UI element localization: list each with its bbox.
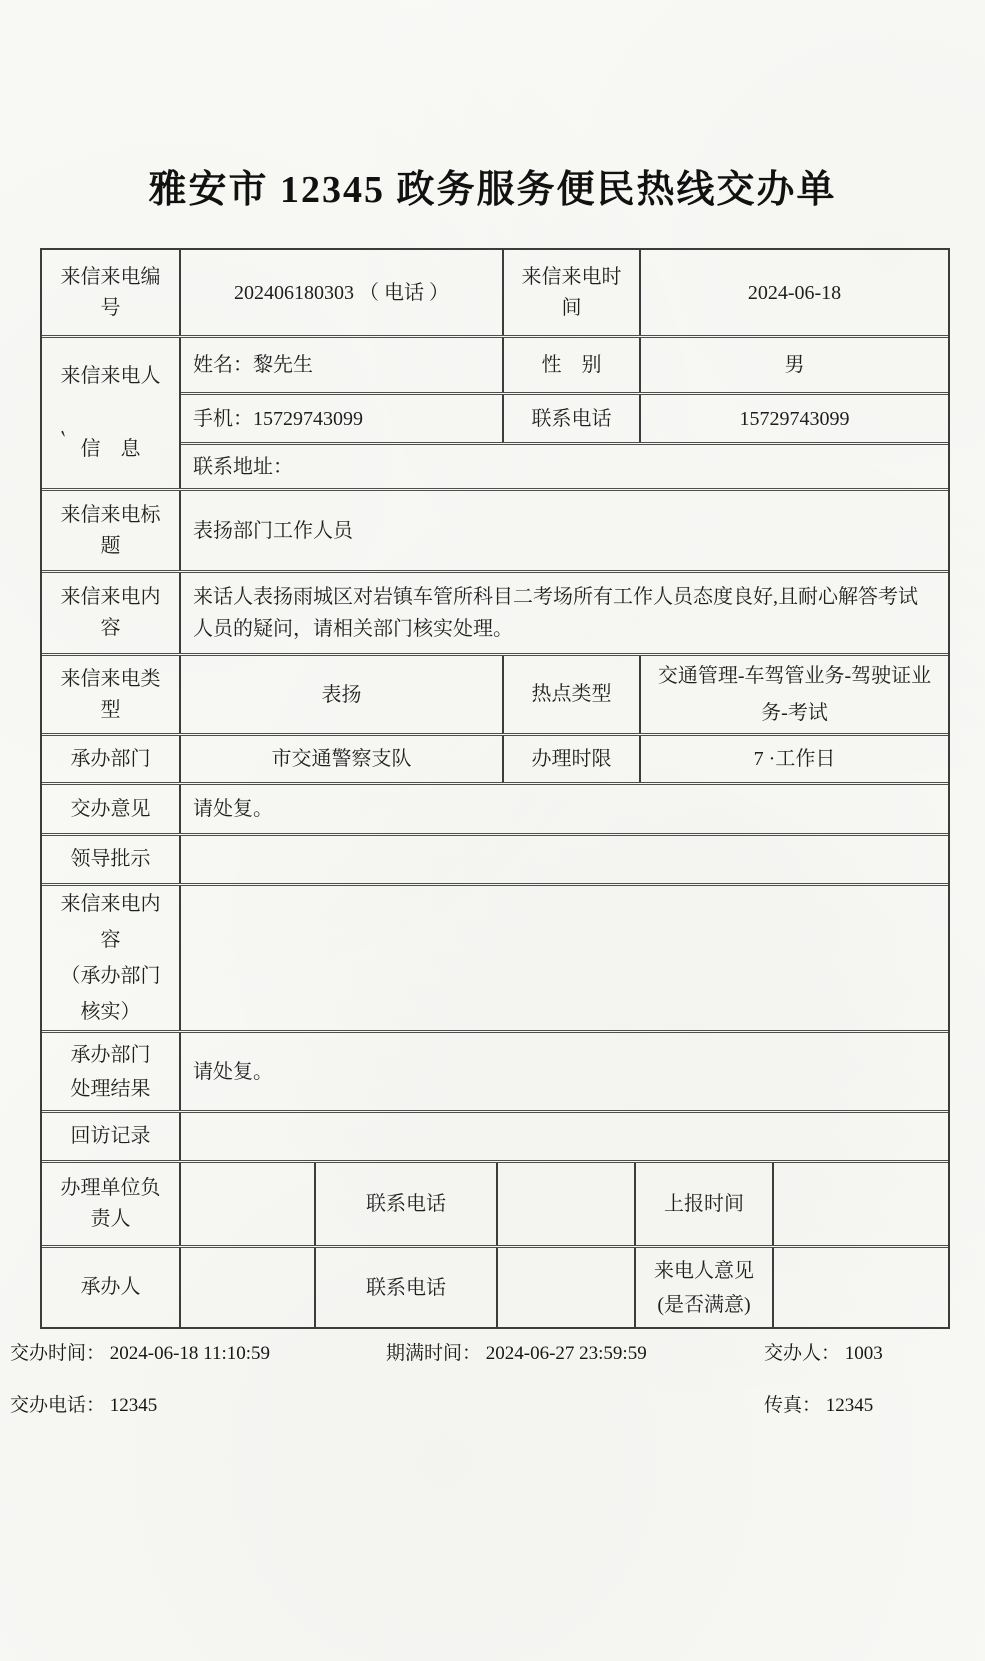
value-department: 市交通警察支队 <box>179 736 502 782</box>
label-verified-content: 来信来电内容 （承办部门核实） <box>42 886 179 1030</box>
row-unit-manager: 办理单位负责人 联系电话 上报时间 <box>42 1160 948 1245</box>
value-subject: 表扬部门工作人员 <box>179 491 948 570</box>
row-verified-content: 来信来电内容 （承办部门核实） <box>42 883 948 1030</box>
value-serial-number: 202406180303 （ 电话 ） <box>179 250 502 335</box>
content-text: 来话人表扬雨城区对岩镇车管所科目二考场所有工作人员态度良好,且耐心解答考试人员的… <box>193 581 932 645</box>
value-name: 姓名：黎先生 <box>181 338 502 392</box>
person-info-label-line2: ＇ 信 息 <box>51 434 170 465</box>
label-contact-phone: 联系电话 <box>502 395 639 442</box>
row-type: 来信来电类型 表扬 热点类型 交通管理-车驾管业务-驾驶证业务-考试 <box>42 653 948 733</box>
verified-content-label-line1: 来信来电内容 <box>51 886 170 958</box>
value-manager-phone <box>496 1163 634 1245</box>
footer-assign-time: 交办时间： 2024-06-18 11:10:59 <box>10 1338 270 1365</box>
footer-assign-phone: 交办电话： 12345 <box>10 1390 157 1417</box>
label-leader-instructions: 领导批示 <box>42 836 179 883</box>
label-subject: 来信来电标题 <box>42 491 179 570</box>
value-contact-phone: 15729743099 <box>639 395 948 442</box>
handling-result-label-line2: 处理结果 <box>51 1072 170 1106</box>
footer-due-time: 期满时间： 2024-06-27 23:59:59 <box>386 1338 647 1365</box>
row-handler: 承办人 联系电话 来电人意见 (是否满意) <box>42 1245 948 1327</box>
label-unit-manager: 办理单位负责人 <box>42 1163 179 1245</box>
subrow-address: 联系地址： <box>181 442 948 488</box>
label-visit-record: 回访记录 <box>42 1113 179 1160</box>
label-gender: 性 别 <box>502 338 639 392</box>
label-type: 来信来电类型 <box>42 656 179 733</box>
value-report-time <box>772 1163 948 1245</box>
value-handler-phone <box>496 1248 634 1327</box>
scan-tick-mark: ＇ <box>52 424 80 457</box>
label-handler: 承办人 <box>42 1248 179 1327</box>
value-handler <box>179 1248 314 1327</box>
row-person-info: 来信来电人 ＇ 信 息 姓名：黎先生 性 别 男 手机：15729743099 … <box>42 335 948 488</box>
row-leader-instructions: 领导批示 <box>42 833 948 883</box>
value-gender: 男 <box>639 338 948 392</box>
person-info-label-line2-text: 信 息 <box>81 438 141 460</box>
label-caller-opinion: 来电人意见 (是否满意) <box>634 1248 772 1327</box>
value-call-time: 2024-06-18 <box>639 250 948 335</box>
handling-result-label-line1: 承办部门 <box>51 1038 170 1072</box>
label-content: 来信来电内容 <box>42 573 179 653</box>
value-caller-opinion <box>772 1248 948 1327</box>
caller-opinion-label-line1: 来电人意见 <box>645 1254 763 1288</box>
row-serial: 来信来电编号 202406180303 （ 电话 ） 来信来电时间 2024-0… <box>42 250 948 335</box>
row-subject: 来信来电标题 表扬部门工作人员 <box>42 488 948 570</box>
value-verified-content <box>179 886 948 1030</box>
page-title: 雅安市 12345 政务服务便民热线交办单 <box>0 158 985 213</box>
form-table: 来信来电编号 202406180303 （ 电话 ） 来信来电时间 2024-0… <box>40 248 950 1329</box>
value-leader-instructions <box>179 836 948 883</box>
subrow-name-gender: 姓名：黎先生 性 别 男 <box>181 338 948 392</box>
value-handling-result: 请处复。 <box>179 1033 948 1110</box>
scanned-form-page: 雅安市 12345 政务服务便民热线交办单 来信来电编号 20240618030… <box>0 0 985 1661</box>
label-department: 承办部门 <box>42 736 179 782</box>
label-call-time: 来信来电时间 <box>502 250 639 335</box>
label-dispatch-opinion: 交办意见 <box>42 785 179 833</box>
value-hotspot-type: 交通管理-车驾管业务-驾驶证业务-考试 <box>639 656 948 733</box>
person-info-subgrid: 姓名：黎先生 性 别 男 手机：15729743099 联系电话 1572974… <box>179 338 948 488</box>
label-hotspot-type: 热点类型 <box>502 656 639 733</box>
value-time-limit: 7 ·工作日 <box>639 736 948 782</box>
label-manager-phone: 联系电话 <box>314 1163 496 1245</box>
value-content: 来话人表扬雨城区对岩镇车管所科目二考场所有工作人员态度良好,且耐心解答考试人员的… <box>179 573 948 653</box>
footer-assigner: 交办人： 1003 <box>764 1338 883 1365</box>
label-serial-number: 来信来电编号 <box>42 250 179 335</box>
row-visit-record: 回访记录 <box>42 1110 948 1160</box>
value-mobile: 手机：15729743099 <box>181 395 502 442</box>
verified-content-label-line2: （承办部门核实） <box>51 958 170 1030</box>
caller-opinion-label-line2: (是否满意) <box>645 1288 763 1322</box>
footer-fax: 传真： 12345 <box>764 1390 873 1417</box>
row-dispatch-opinion: 交办意见 请处复。 <box>42 782 948 833</box>
value-unit-manager <box>179 1163 314 1245</box>
label-handler-phone: 联系电话 <box>314 1248 496 1327</box>
value-address: 联系地址： <box>181 445 948 488</box>
value-visit-record <box>179 1113 948 1160</box>
label-time-limit: 办理时限 <box>502 736 639 782</box>
label-handling-result: 承办部门 处理结果 <box>42 1033 179 1110</box>
label-person-info: 来信来电人 ＇ 信 息 <box>42 338 179 488</box>
row-handling-result: 承办部门 处理结果 请处复。 <box>42 1030 948 1110</box>
row-department: 承办部门 市交通警察支队 办理时限 7 ·工作日 <box>42 733 948 782</box>
label-report-time: 上报时间 <box>634 1163 772 1245</box>
value-dispatch-opinion: 请处复。 <box>179 785 948 833</box>
value-type: 表扬 <box>179 656 502 733</box>
subrow-mobile-phone: 手机：15729743099 联系电话 15729743099 <box>181 392 948 442</box>
row-content: 来信来电内容 来话人表扬雨城区对岩镇车管所科目二考场所有工作人员态度良好,且耐心… <box>42 570 948 653</box>
person-info-label-line1: 来信来电人 <box>51 361 170 392</box>
